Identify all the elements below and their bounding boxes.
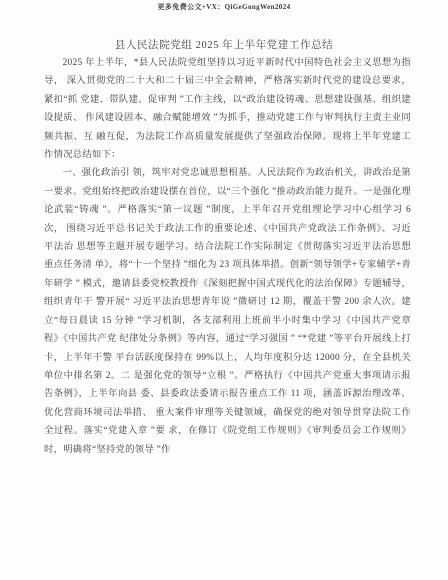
- document-page: 更多免费公文+VX：QiGeGongWen2024 县人民法院党组 2025 年…: [0, 0, 448, 580]
- document-body: 2025 年上半年，*县人民法院党组坚持以习近平新时代中国特色社会主义思想为指导…: [44, 54, 411, 459]
- paragraph-section-one: 一、强化政治引 领，筑牢对党忠诚思想根基。人民法院作为政治机关，讲政治是第一要求…: [44, 164, 411, 459]
- paragraph-intro: 2025 年上半年，*县人民法院党组坚持以习近平新时代中国特色社会主义思想为指导…: [44, 54, 411, 164]
- watermark-text: 更多免费公文+VX：QiGeGongWen2024: [0, 2, 448, 12]
- document-title: 县人民法院党组 2025 年上半年党建工作总结: [0, 37, 448, 52]
